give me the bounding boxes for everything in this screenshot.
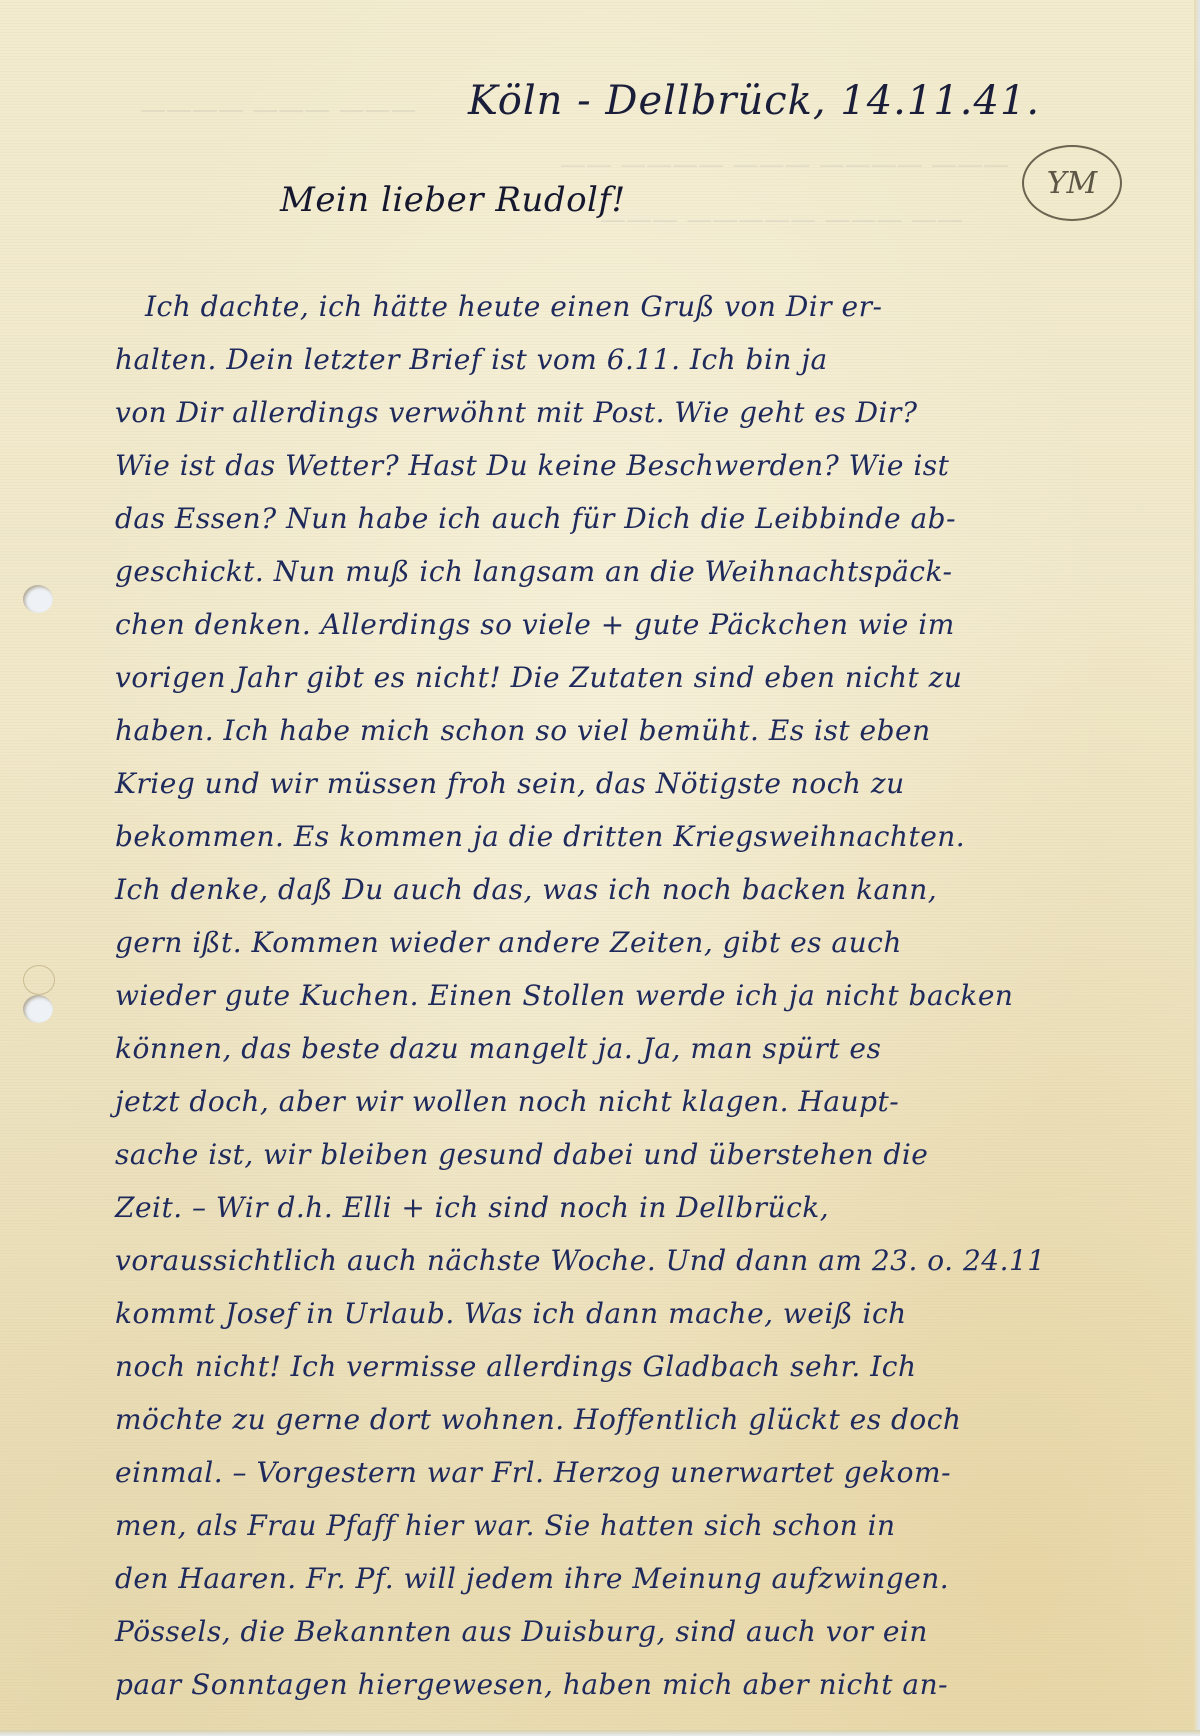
letter-line: kommt Josef in Urlaub. Was ich dann mach… — [115, 1297, 907, 1330]
show-through-text: ——— ——— ———— — [140, 95, 417, 125]
letter-line: Zeit. – Wir d.h. Elli + ich sind noch in… — [115, 1191, 829, 1224]
letter-line: voraussichtlich auch nächste Woche. Und … — [115, 1244, 1046, 1277]
letter-line: das Essen? Nun habe ich auch für Dich di… — [115, 502, 956, 535]
letter-line: halten. Dein letzter Brief ist vom 6.11.… — [115, 343, 828, 376]
punch-hole-mark — [23, 965, 55, 995]
letter-line: Wie ist das Wetter? Hast Du keine Beschw… — [115, 449, 949, 482]
punch-hole-upper — [23, 585, 53, 613]
circled-initials-stamp: YM — [1022, 145, 1122, 221]
punch-hole-lower — [23, 995, 53, 1023]
salutation: Mein lieber Rudolf! — [280, 180, 626, 220]
letter-line: jetzt doch, aber wir wollen noch nicht k… — [115, 1085, 899, 1118]
page-edge-bottom — [0, 1730, 1200, 1736]
letter-line: Krieg und wir müssen froh sein, das Nöti… — [115, 767, 905, 800]
page-edge-right — [1194, 0, 1200, 1736]
letter-line: Ich dachte, ich hätte heute einen Gruß v… — [145, 290, 882, 323]
letter-line: gern ißt. Kommen wieder andere Zeiten, g… — [115, 926, 902, 959]
letter-line: chen denken. Allerdings so viele + gute … — [115, 608, 955, 641]
letter-line: noch nicht! Ich vermisse allerdings Glad… — [115, 1350, 916, 1383]
letter-line: einmal. – Vorgestern war Frl. Herzog une… — [115, 1456, 951, 1489]
letter-line: sache ist, wir bleiben gesund dabei und … — [115, 1138, 928, 1171]
letter-line: können, das beste dazu mangelt ja. Ja, m… — [115, 1032, 881, 1065]
letter-line: wieder gute Kuchen. Einen Stollen werde … — [115, 979, 1013, 1012]
letter-line: haben. Ich habe mich schon so viel bemüh… — [115, 714, 931, 747]
letter-line: den Haaren. Fr. Pf. will jedem ihre Mein… — [115, 1562, 949, 1595]
letter-line: geschickt. Nun muß ich langsam an die We… — [115, 555, 952, 588]
letter-line: Pössels, die Bekannten aus Duisburg, sin… — [115, 1615, 928, 1648]
place-date-header: Köln - Dellbrück, 14.11.41. — [468, 78, 1040, 124]
letter-line: bekommen. Es kommen ja die dritten Krieg… — [115, 820, 965, 853]
stamp-label: YM — [1047, 166, 1098, 201]
letter-line: von Dir allerdings verwöhnt mit Post. Wi… — [115, 396, 917, 429]
letter-line: Ich denke, daß Du auch das, was ich noch… — [115, 873, 937, 906]
letter-line: vorigen Jahr gibt es nicht! Die Zutaten … — [115, 661, 962, 694]
letter-line: men, als Frau Pfaff hier war. Sie hatten… — [115, 1509, 896, 1542]
show-through-text: —— ——— ————— ——— — [600, 205, 963, 235]
letter-line: möchte zu gerne dort wohnen. Hoffentlich… — [115, 1403, 961, 1436]
letter-line: paar Sonntagen hiergewesen, haben mich a… — [115, 1668, 948, 1701]
show-through-text: ——— ———— ——— ———— —— — [560, 150, 1009, 180]
